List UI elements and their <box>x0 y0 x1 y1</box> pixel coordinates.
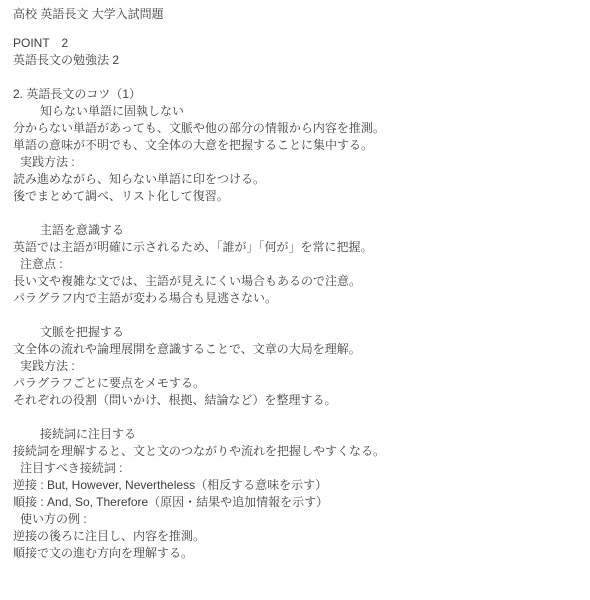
text-line: 後でまとめて調べ、リスト化して復習。 <box>13 188 576 205</box>
list-label: 注目すべき接続詞 : <box>13 460 576 477</box>
text-line: 逆接の後ろに注目し、内容を推測。 <box>13 528 576 545</box>
text-line: 読み進めながら、知らない単語に印をつける。 <box>13 171 576 188</box>
point-label: POINT 2 <box>13 35 576 52</box>
subsection-heading: 主語を意識する <box>13 222 576 239</box>
text-line: 長い文や複雑な文では、主語が見えにくい場合もあるので注意。 <box>13 273 576 290</box>
text-line: 英語では主語が明確に示されるため、「誰が」「何が」を常に把握。 <box>13 239 576 256</box>
spacer <box>13 23 576 35</box>
text-line: パラグラフごとに要点をメモする。 <box>13 375 576 392</box>
text-line: 接続詞を理解すると、文と文のつながりや流れを把握しやすくなる。 <box>13 443 576 460</box>
text-line: 順接で文の進む方向を理解する。 <box>13 545 576 562</box>
text-line: 順接 : And, So, Therefore（原因・結果や追加情報を示す） <box>13 494 576 511</box>
document-title: 高校 英語長文 大学入試問題 <box>13 6 576 23</box>
subsection-heading: 知らない単語に固執しない <box>13 103 576 120</box>
subsection-list: 知らない単語に固執しない分からない単語があっても、文脈や他の部分の情報から内容を… <box>13 103 576 562</box>
subsection: 接続詞に注目する接続詞を理解すると、文と文のつながりや流れを把握しやすくなる。注… <box>13 426 576 562</box>
list-label: 注意点 : <box>13 256 576 273</box>
text-line: 文全体の流れや論理展開を意識することで、文章の大局を理解。 <box>13 341 576 358</box>
text-line: パラグラフ内で主語が変わる場合も見逃さない。 <box>13 290 576 307</box>
list-label: 使い方の例 : <box>13 511 576 528</box>
text-line: 分からない単語があっても、文脈や他の部分の情報から内容を推測。 <box>13 120 576 137</box>
spacer <box>13 69 576 86</box>
text-line: 逆接 : But, However, Nevertheless（相反する意味を示… <box>13 477 576 494</box>
list-label: 実践方法 : <box>13 358 576 375</box>
text-line: それぞれの役割（問いかけ、根拠、結論など）を整理する。 <box>13 392 576 409</box>
subsection-heading: 文脈を把握する <box>13 324 576 341</box>
subsection-heading: 接続詞に注目する <box>13 426 576 443</box>
list-label: 実践方法 : <box>13 154 576 171</box>
subsection: 文脈を把握する文全体の流れや論理展開を意識することで、文章の大局を理解。実践方法… <box>13 324 576 409</box>
point-subtitle: 英語長文の勉強法 2 <box>13 52 576 69</box>
section-heading: 2. 英語長文のコツ（1） <box>13 86 576 103</box>
subsection: 知らない単語に固執しない分からない単語があっても、文脈や他の部分の情報から内容を… <box>13 103 576 205</box>
document-page: 高校 英語長文 大学入試問題 POINT 2 英語長文の勉強法 2 2. 英語長… <box>0 0 590 600</box>
subsection: 主語を意識する英語では主語が明確に示されるため、「誰が」「何が」を常に把握。注意… <box>13 222 576 307</box>
text-line: 単語の意味が不明でも、文全体の大意を把握することに集中する。 <box>13 137 576 154</box>
